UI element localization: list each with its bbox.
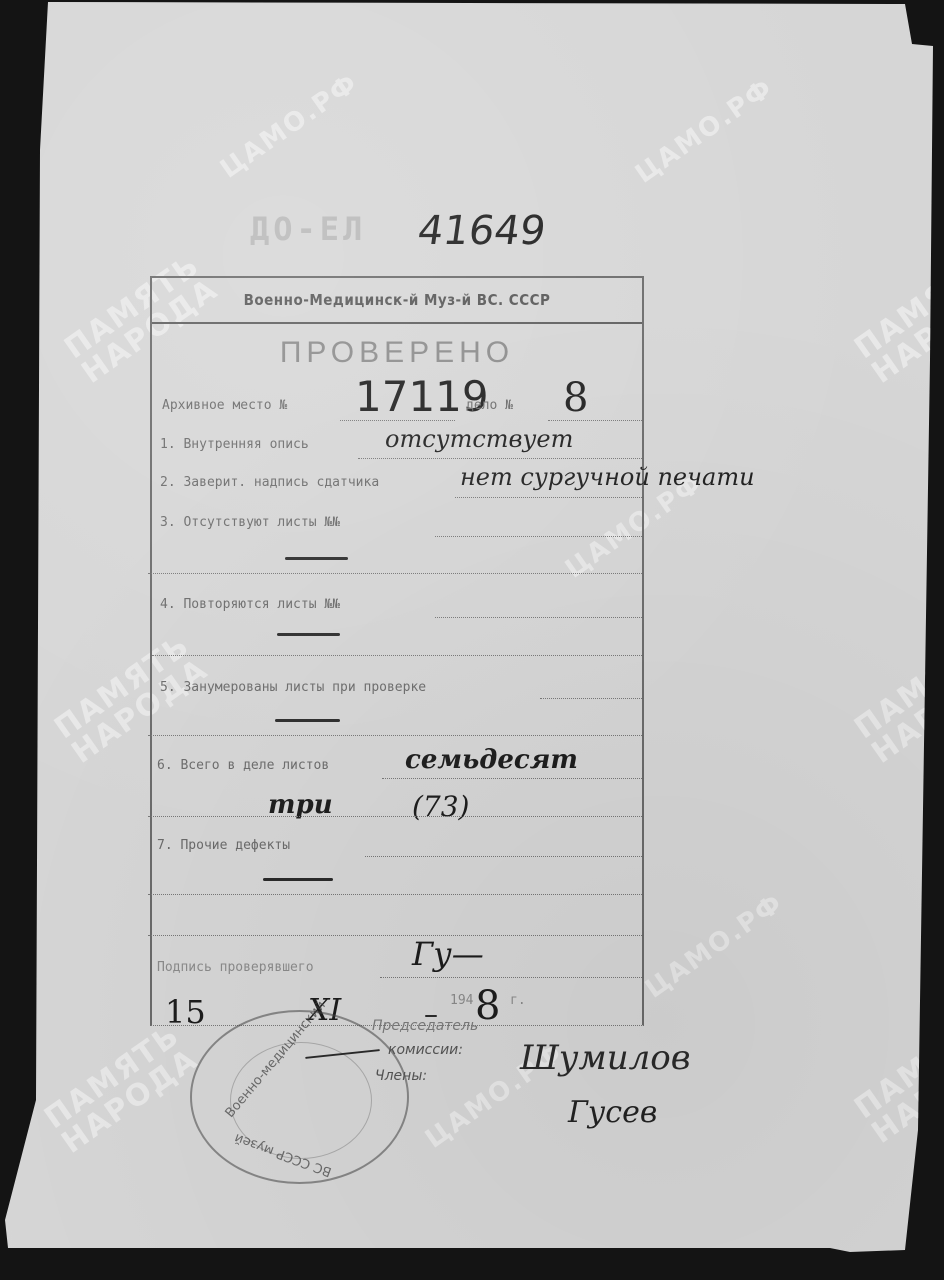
item-5-label: 5. Занумерованы листы при проверке [160,680,426,695]
case-label: дело № [466,398,513,413]
watermark-project: ПАМЯТЬ НАРОДА [850,634,944,769]
date-year-hand: 8 [475,983,500,1029]
item-7-continuation-line [148,894,642,895]
item-7-dash [263,878,333,881]
item-4-label: 4. Повторяются листы №№ [160,597,340,612]
item-6-label: 6. Всего в деле листов [157,758,329,773]
document-page: ЦАМО.РФ ЦАМО.РФ ЦАМО.РФ ЦАМО.РФ ЦАМО.РФ … [0,0,944,1280]
signature-label: Подпись проверявшего [157,960,314,975]
item-6-value-line2: три [268,790,333,820]
case-value: 8 [563,375,588,421]
item-2-value: нет сургучной печати [460,463,755,491]
watermark-archive: ЦАМО.РФ [640,888,789,1005]
verification-stamp: Военно-Медицинск-й Муз-й ВС. СССР ПРОВЕР… [150,276,644,1026]
item-3-continuation-line [148,573,642,574]
item-2-label: 2. Заверит. надпись сдатчика [160,475,379,490]
date-year-suffix: г. [510,993,526,1008]
faded-header-stamp: ДО-ЕЛ [250,210,366,248]
date-month: XI [308,993,341,1028]
case-line [548,420,642,421]
item-1-label: 1. Внутренняя опись [160,437,309,452]
member-signature: Гусев [568,1095,657,1130]
item-5-continuation-line [148,735,642,736]
item-1-line [358,458,642,459]
date-separator [425,1015,437,1017]
seal-text-bottom: ВС СССР музей [233,1130,334,1179]
item-4-continuation-line [152,655,642,656]
watermark-archive: ЦАМО.РФ [215,68,364,185]
archive-place-value: 17119 [355,372,489,421]
item-7-line [365,856,642,857]
item-7-label: 7. Прочие дефекты [157,838,290,853]
chairman-signature: Шумилов [520,1038,691,1078]
item-1-value: отсутствует [385,425,573,453]
item-6-value-number: (73) [412,790,469,823]
watermark-archive: ЦАМО.РФ [420,1038,569,1155]
watermark-archive: ЦАМО.РФ [630,73,779,190]
seal-inner-ring [230,1042,372,1159]
watermark-project: ПАМЯТЬ НАРОДА [60,254,217,389]
item-3-line [435,536,642,537]
item-4-line [435,617,642,618]
item-5-dash [275,719,340,722]
signature-line [380,977,642,978]
chairman-label: Председатель [372,1018,478,1034]
item-6-line [382,778,642,779]
watermark-project: ПАМЯТЬ НАРОДА [40,1024,197,1159]
item-3-dash [285,557,348,560]
members-label: Члены: [375,1068,427,1084]
stamp-title: ПРОВЕРЕНО [152,336,642,370]
round-seal: Военно-медицинский ВС СССР музей [190,1010,409,1184]
chairman-stroke [305,1049,380,1059]
handwritten-document-number: 41649 [415,208,549,254]
blank-line [148,935,642,936]
commission-label: комиссии: [388,1042,463,1058]
stamp-header: Военно-Медицинск-й Муз-й ВС. СССР [152,278,642,324]
item-6-continuation-line [148,816,642,817]
watermark-project: ПАМЯТЬ НАРОДА [850,254,944,389]
date-day: 15 [165,993,206,1031]
seal-text-top: Военно-медицинский [223,998,329,1121]
item-5-line [540,698,642,699]
watermark-archive: ЦАМО.РФ [560,468,709,585]
item-2-line [455,497,642,498]
item-6-value-line1: семьдесят [405,745,578,775]
date-year-print: 194 [450,993,473,1008]
archive-place-label: Архивное место № [162,398,287,413]
item-3-label: 3. Отсутствуют листы №№ [160,515,340,530]
archive-place-line [340,420,455,421]
watermark-project: ПАМЯТЬ НАРОДА [850,1014,944,1149]
item-4-dash [277,633,340,636]
watermark-project: ПАМЯТЬ НАРОДА [50,634,207,769]
inspector-signature: Гу— [412,935,484,973]
